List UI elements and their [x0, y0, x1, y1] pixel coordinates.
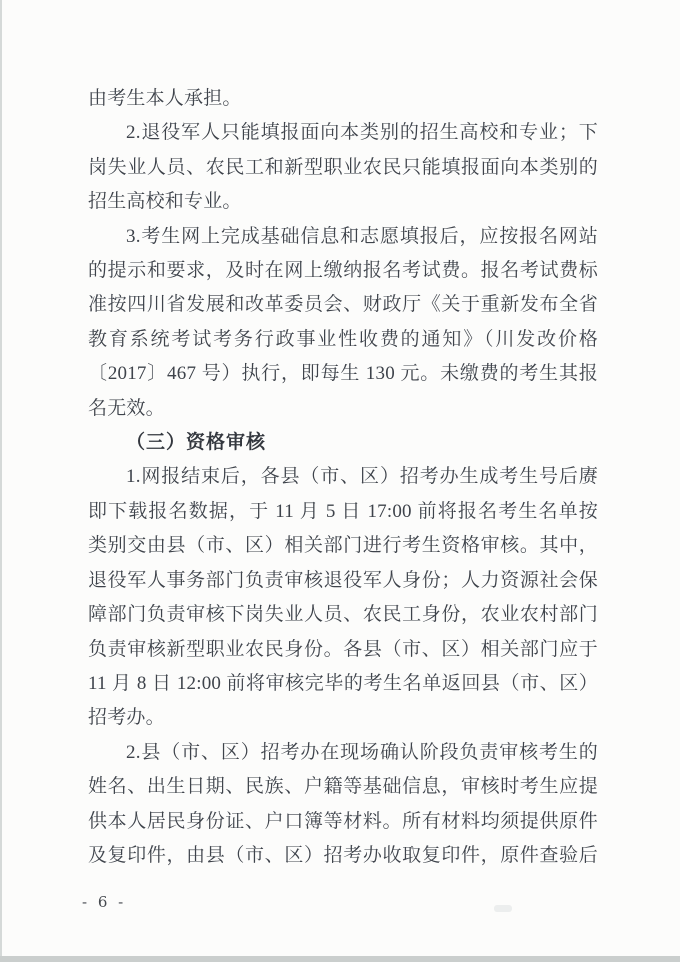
body-line: 11 月 8 日 12:00 前将审核完毕的考生名单返回县（市、区） — [88, 667, 598, 701]
body-line: 招考办。 — [88, 701, 598, 735]
body-line: 3.考生网上完成基础信息和志愿填报后，应按报名网站 — [88, 220, 598, 254]
document-page: 由考生本人承担。 2.退役军人只能填报面向本类别的招生高校和专业；下 岗失业人员… — [0, 0, 680, 962]
body-line: 即下载报名数据，于 11 月 5 日 17:00 前将报名考生名单按 — [88, 495, 598, 529]
body-line: 教育系统考试考务行政事业性收费的通知》（川发改价格 — [88, 323, 598, 357]
body-line: 及复印件，由县（市、区）招考办收取复印件，原件查验后 — [88, 839, 598, 873]
body-line: 岗失业人员、农民工和新型职业农民只能填报面向本类别的 — [88, 151, 598, 185]
body-line: 退役军人事务部门负责审核退役军人身份；人力资源社会保 — [88, 564, 598, 598]
scan-edge-left — [0, 0, 2, 962]
body-line: 2.退役军人只能填报面向本类别的招生高校和专业；下 — [88, 116, 598, 150]
body-line: 类别交由县（市、区）相关部门进行考生资格审核。其中， — [88, 529, 598, 563]
body-line: 由考生本人承担。 — [88, 82, 598, 116]
body-line: 1.网报结束后，各县（市、区）招考办生成考生号后赓 — [88, 460, 598, 494]
scan-smudge — [494, 905, 512, 912]
body-line: 名无效。 — [88, 392, 598, 426]
body-line: 准按四川省发展和改革委员会、财政厅《关于重新发布全省 — [88, 288, 598, 322]
page-number: - 6 - — [82, 893, 126, 911]
body-line: 障部门负责审核下岗失业人员、农民工身份，农业农村部门 — [88, 598, 598, 632]
document-text-block: 由考生本人承担。 2.退役军人只能填报面向本类别的招生高校和专业；下 岗失业人员… — [88, 82, 598, 873]
section-heading: （三）资格审核 — [88, 426, 598, 460]
body-line: 的提示和要求，及时在网上缴纳报名考试费。报名考试费标 — [88, 254, 598, 288]
scan-edge-bottom — [0, 956, 680, 962]
body-line: 2.县（市、区）招考办在现场确认阶段负责审核考生的 — [88, 736, 598, 770]
body-line: 姓名、出生日期、民族、户籍等基础信息，审核时考生应提 — [88, 770, 598, 804]
body-line: 〔2017〕467 号）执行，即每生 130 元。未缴费的考生其报 — [88, 357, 598, 391]
body-line: 供本人居民身份证、户口簿等材料。所有材料均须提供原件 — [88, 805, 598, 839]
body-line: 招生高校和专业。 — [88, 185, 598, 219]
body-line: 负责审核新型职业农民身份。各县（市、区）相关部门应于 — [88, 633, 598, 667]
